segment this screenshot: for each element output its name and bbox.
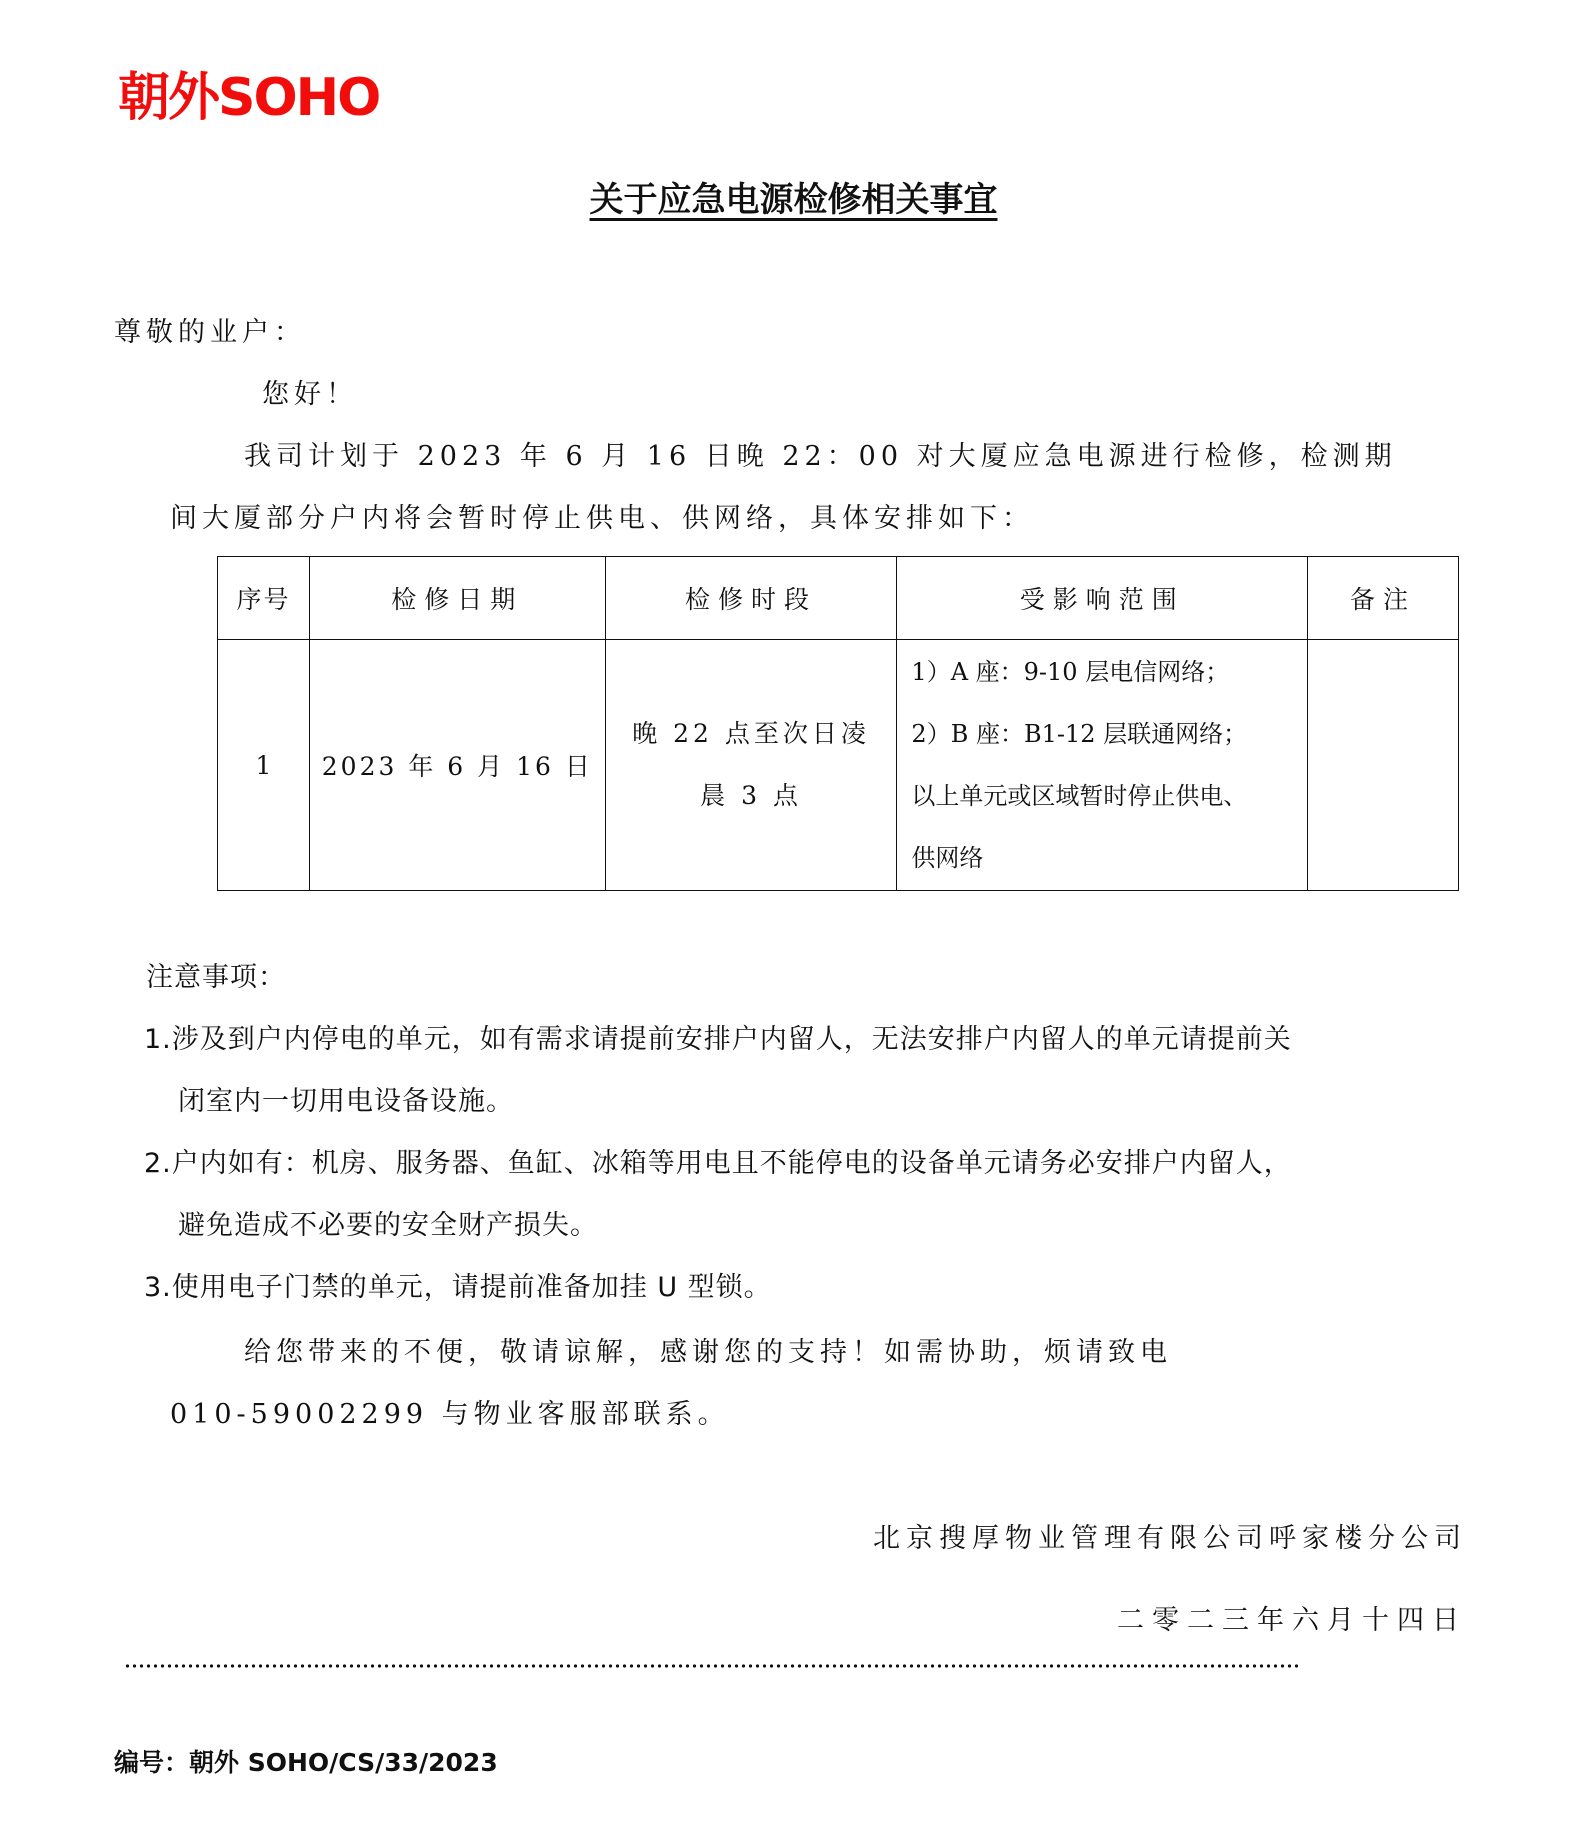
notes-heading: 注意事项： bbox=[146, 955, 286, 994]
cell-time-line2: 晨 3 点 bbox=[607, 765, 896, 827]
note-2-line-2: 避免造成不必要的安全财产损失。 bbox=[178, 1203, 598, 1242]
scope-line: 以上单元或区域暂时停止供电、 bbox=[911, 765, 1306, 827]
col-header-date: 检修日期 bbox=[309, 557, 605, 640]
cell-index: 1 bbox=[218, 640, 310, 891]
cell-time: 晚 22 点至次日凌 晨 3 点 bbox=[605, 640, 897, 891]
col-header-time: 检修时段 bbox=[605, 557, 897, 640]
signature-company: 北京搜厚物业管理有限公司呼家楼分公司 bbox=[873, 1516, 1467, 1555]
scope-line: 1）A 座：9-10 层电信网络； bbox=[911, 641, 1306, 703]
closing-line-2: 010-59002299 与物业客服部联系。 bbox=[170, 1392, 730, 1431]
greeting: 您好！ bbox=[262, 372, 358, 411]
title-text: 关于应急电源检修相关事宜 bbox=[590, 180, 998, 220]
document-number: 编号：朝外 SOHO/CS/33/2023 bbox=[114, 1743, 498, 1779]
closing-line-1: 给您带来的不便，敬请谅解，感谢您的支持！如需协助，烦请致电 bbox=[244, 1330, 1172, 1369]
note-1-line-1: 1.涉及到户内停电的单元，如有需求请提前安排户内留人，无法安排户内留人的单元请提… bbox=[144, 1017, 1292, 1056]
cell-time-line1: 晚 22 点至次日凌 bbox=[607, 703, 896, 765]
table-row: 1 2023 年 6 月 16 日 晚 22 点至次日凌 晨 3 点 1）A 座… bbox=[218, 640, 1459, 891]
page-title: 关于应急电源检修相关事宜 bbox=[0, 172, 1587, 221]
table-header-row: 序号 检修日期 检修时段 受影响范围 备注 bbox=[218, 557, 1459, 640]
salutation: 尊敬的业户： bbox=[114, 310, 306, 349]
scope-line: 2）B 座：B1-12 层联通网络； bbox=[911, 703, 1306, 765]
note-1-line-2: 闭室内一切用电设备设施。 bbox=[178, 1079, 514, 1118]
company-logo: 朝外SOHO bbox=[118, 72, 379, 124]
col-header-remark: 备注 bbox=[1308, 557, 1459, 640]
note-3-line-1: 3.使用电子门禁的单元，请提前准备加挂 U 型锁。 bbox=[144, 1265, 772, 1304]
cell-remark bbox=[1308, 640, 1459, 891]
scope-line: 供网络 bbox=[911, 827, 1306, 889]
intro-line-1: 我司计划于 2023 年 6 月 16 日晚 22：00 对大厦应急电源进行检修… bbox=[244, 434, 1397, 473]
cell-scope: 1）A 座：9-10 层电信网络； 2）B 座：B1-12 层联通网络； 以上单… bbox=[897, 640, 1308, 891]
cell-date: 2023 年 6 月 16 日 bbox=[309, 640, 605, 891]
schedule-table: 序号 检修日期 检修时段 受影响范围 备注 1 2023 年 6 月 16 日 … bbox=[217, 556, 1459, 891]
col-header-index: 序号 bbox=[218, 557, 310, 640]
dotted-divider bbox=[124, 1664, 1298, 1668]
col-header-scope: 受影响范围 bbox=[897, 557, 1308, 640]
signature-date: 二零二三年六月十四日 bbox=[1117, 1598, 1467, 1637]
intro-line-2: 间大厦部分户内将会暂时停止供电、供网络，具体安排如下： bbox=[170, 496, 1034, 535]
note-2-line-1: 2.户内如有：机房、服务器、鱼缸、冰箱等用电且不能停电的设备单元请务必安排户内留… bbox=[144, 1141, 1292, 1180]
